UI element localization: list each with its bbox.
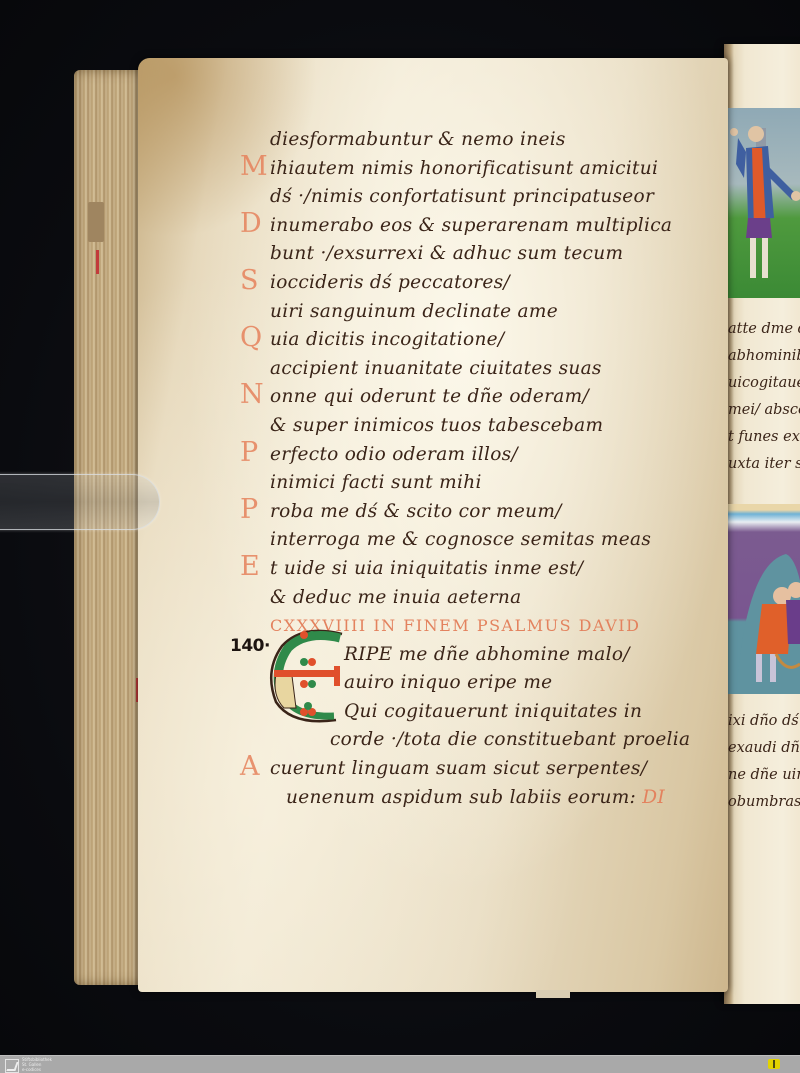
text-line: Acuerunt linguam suam sicut serpentes/	[266, 755, 726, 784]
text-line: inimici facti sunt mihi	[266, 469, 726, 498]
line-text: RIPE me dñe abhomine malo/	[324, 644, 630, 665]
text-line: Mihiautem nimis honorificatisunt amicitu…	[266, 155, 726, 184]
rubric-tail: DI	[642, 787, 665, 808]
verso-page: diesformabuntur & nemo ineis Mihiautem n…	[138, 58, 728, 992]
text-line: Nonne qui oderunt te dñe oderam/	[266, 383, 726, 412]
line-text: bunt ·/exsurrexi & adhuc sum tecum	[266, 243, 623, 264]
rubricated-initial: Q	[240, 324, 262, 352]
seal-icon[interactable]	[768, 1059, 780, 1069]
red-page-marker	[96, 250, 99, 274]
credit-line: e-codices	[22, 1067, 82, 1072]
recto-line: t funes extend	[728, 424, 800, 451]
text-line: Quia dicitis incogitatione/	[266, 326, 726, 355]
line-text: dś ·/nimis confortatisunt principatuseo…	[266, 186, 654, 207]
text-line: Perfecto odio oderam illos/	[266, 441, 726, 470]
text-line: Et uide si uia iniquitatis inme est/	[266, 555, 726, 584]
line-text: uiri sanguinum declinate ame	[266, 301, 558, 322]
line-text: diesformabuntur & nemo ineis	[266, 129, 566, 150]
line-text: Qui cogitauerunt iniquitates in	[324, 701, 642, 722]
rubricated-initial: P	[240, 496, 258, 524]
text-line: accipient inuanitate ciuitates suas	[266, 355, 726, 384]
line-text: ihiautem nimis honorificatisunt amicitui	[266, 158, 658, 179]
line-text: corde ·/tota die constituebant proelia	[310, 729, 690, 750]
recto-line: uxta iter scan	[728, 451, 800, 478]
recto-text-upper: atte dme dñe d abhominibus uicogitaueru…	[728, 316, 800, 478]
text-line: interroga me & cognosce semitas meas	[266, 526, 726, 555]
line-text: ioccideris dś peccatores/	[266, 272, 510, 293]
text-line: Dinumerabo eos & superarenam multiplica	[266, 212, 726, 241]
text-line: bunt ·/exsurrexi & adhuc sum tecum	[266, 240, 726, 269]
line-text: cuerunt linguam suam sicut serpentes/	[266, 758, 647, 779]
line-text: roba me dś & scito cor meum/	[266, 501, 562, 522]
text-line: diesformabuntur & nemo ineis	[266, 126, 726, 155]
text-line: dś ·/nimis confortatisunt principatuseo…	[266, 183, 726, 212]
rubricated-initial: S	[240, 267, 259, 295]
recto-line: ixi dño dś meus	[728, 708, 800, 735]
line-text: & super inimicos tuos tabescebam	[266, 415, 603, 436]
decorated-initial-e	[262, 626, 358, 726]
viewer-footer-bar: Stiftsbibliothek St. Gallen e-codices	[0, 1055, 800, 1073]
recto-page-fragment: atte dme dñe d abhominibus uicogitaueru…	[724, 44, 800, 1004]
line-text: interroga me & cognosce semitas meas	[266, 529, 651, 550]
recto-line: abhominibus	[728, 343, 800, 370]
rubricated-initial: E	[240, 553, 260, 581]
credit-text: Stiftsbibliothek St. Gallen e-codices	[22, 1057, 82, 1072]
text-line: Proba me dś & scito cor meum/	[266, 498, 726, 527]
rubricated-initial: N	[240, 381, 264, 409]
line-text: erfecto odio oderam illos/	[266, 444, 518, 465]
rubricated-initial: P	[240, 439, 258, 467]
line-text: inimici facti sunt mihi	[266, 472, 482, 493]
text-line: uiri sanguinum declinate ame	[266, 298, 726, 327]
image-viewport[interactable]: atte dme dñe d abhominibus uicogitaueru…	[0, 0, 800, 1055]
recto-line: mei/ abscond	[728, 397, 800, 424]
line-text: uia dicitis incogitatione/	[266, 329, 504, 350]
text-line: corde ·/tota die constituebant proelia	[266, 726, 726, 755]
recto-line: ne dñe uirtus sa	[728, 762, 800, 789]
text-line: & deduc me inuia aeterna	[266, 584, 726, 613]
line-text: t uide si uia iniquitatis inme est/	[266, 558, 583, 579]
line-text: uenenum aspidum sub labiis eorum:	[266, 787, 636, 808]
text-line: uenenum aspidum sub labiis eorum: DI	[266, 784, 726, 813]
line-text: onne qui oderunt te dñe oderam/	[266, 386, 589, 407]
line-text: accipient inuanitate ciuitates suas	[266, 358, 602, 379]
library-logo-icon[interactable]	[5, 1059, 19, 1073]
binding-tab	[88, 202, 104, 242]
recto-line: uicogitauerun	[728, 370, 800, 397]
recto-line: obumbrasti supe	[728, 789, 800, 816]
rubricated-initial: A	[240, 753, 260, 781]
page-tab	[536, 990, 570, 998]
line-text: inumerabo eos & superarenam multiplica	[266, 215, 672, 236]
miniature-two-figures	[726, 504, 800, 694]
rubricated-initial: M	[240, 153, 268, 181]
recto-line: atte dme dñe d	[728, 316, 800, 343]
text-line: Sioccideris dś peccatores/	[266, 269, 726, 298]
text-line: & super inimicos tuos tabescebam	[266, 412, 726, 441]
acrylic-page-holder	[0, 474, 160, 530]
rubricated-initial: D	[240, 210, 262, 238]
recto-text-lower: ixi dño dś meus exaudi dñe uoce ne dn…	[728, 708, 800, 816]
line-text: auiro iniquo eripe me	[324, 672, 552, 693]
line-text: & deduc me inuia aeterna	[266, 587, 521, 608]
recto-line: exaudi dñe uoce	[728, 735, 800, 762]
miniature-standing-figure	[726, 108, 800, 298]
